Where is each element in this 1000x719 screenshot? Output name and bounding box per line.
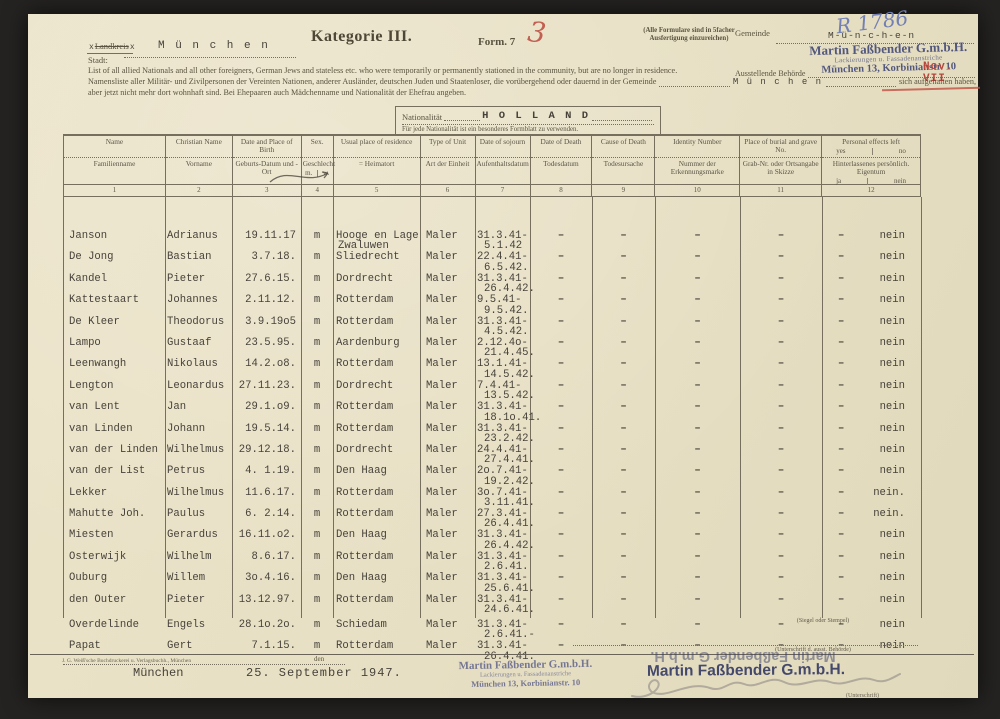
cell-name: van der List: [63, 466, 165, 476]
cell-identity-number: –: [655, 445, 740, 455]
footer-place: München: [133, 666, 183, 680]
col-label-en: Place of burial and grave No.: [740, 136, 821, 158]
cell-vorname: Pieter: [165, 274, 232, 284]
cell-unit: Maler: [420, 402, 475, 412]
cell-vorname: Nikolaus: [165, 359, 232, 369]
cell-birth: 27.6.15.: [232, 274, 301, 284]
fraction-rule: [87, 53, 133, 54]
col-label-en: Name: [64, 136, 165, 158]
residence-line1: Rotterdam: [336, 640, 393, 652]
cell-vorname: Wilhelm: [165, 552, 232, 562]
cell-place-of-burial: –: [740, 424, 822, 434]
cell-residence: Dordrecht: [333, 445, 420, 455]
residence-line1: Rotterdam: [336, 594, 393, 606]
cell-birth: 8.6.17.: [232, 552, 301, 562]
cell-identity-number: –: [655, 620, 740, 630]
cell-birth: 7.1.15.: [232, 641, 301, 651]
cell-birth: 4. 1.19.: [232, 466, 301, 476]
cell-date-of-death: –: [530, 295, 592, 305]
cell-sex: m: [301, 509, 333, 519]
residence-line1: Rotterdam: [336, 294, 393, 306]
cell-effects: –nein: [822, 274, 921, 284]
cell-unit: Maler: [420, 359, 475, 369]
intro-city-typed: M ü n c h e n: [733, 77, 823, 88]
cell-sex: m: [301, 231, 333, 241]
cell-name: van Linden: [63, 424, 165, 434]
cell-place-of-burial: –: [740, 488, 822, 498]
cell-birth: 16.11.o2.: [232, 530, 301, 540]
cell-vorname: Willem: [165, 573, 232, 583]
cell-residence: Dordrecht: [333, 381, 420, 391]
cell-effects: –nein: [822, 402, 921, 412]
cell-birth: 6. 2.14.: [232, 509, 301, 519]
cell-name: Janson: [63, 231, 165, 241]
cell-name: Overdelinde: [63, 620, 165, 630]
cell-name: Lekker: [63, 488, 165, 498]
cell-cause-of-death: –: [592, 274, 655, 284]
cell-sojourn: 3o.7.41-3.11.41.: [475, 488, 530, 509]
cell-identity-number: –: [655, 573, 740, 583]
cell-effects: –nein: [822, 466, 921, 476]
dotted-line: [826, 86, 896, 87]
table-header: NameFamilienname1Christian NameVorname2D…: [63, 134, 921, 197]
cell-place-of-burial: –: [740, 402, 822, 412]
effects-nein-value: nein: [880, 231, 905, 241]
effects-ja-dash: –: [838, 466, 844, 476]
cell-place-of-burial: –: [740, 338, 822, 348]
form-number: Form. 7: [478, 36, 515, 48]
cell-unit: Maler: [420, 424, 475, 434]
effects-ja-dash: –: [838, 295, 844, 305]
cell-effects: –nein: [822, 338, 921, 348]
cell-sex: m: [301, 381, 333, 391]
sojourn-to: 3.11.41.: [484, 498, 530, 508]
residence-line1: Rotterdam: [336, 316, 393, 328]
cell-unit: Maler: [420, 231, 475, 241]
cell-cause-of-death: –: [592, 488, 655, 498]
cell-place-of-burial: –: [740, 274, 822, 284]
sojourn-to: 2.6.41.-: [484, 630, 530, 640]
printer-imprint: J. G. Weiß'sche Buchdruckerei u. Verlags…: [62, 658, 191, 664]
table-row: De KleerTheodorus3.9.19o5mRotterdamMaler…: [63, 317, 921, 338]
cell-sojourn: 9.5.41-9.5.42.: [475, 295, 530, 316]
cell-birth: 29.1.o9.: [232, 402, 301, 412]
cell-vorname: Wilhelmus: [165, 445, 232, 455]
cell-date-of-death: –: [530, 641, 592, 651]
col-sub-divider: [872, 148, 873, 155]
cell-unit: Maler: [420, 445, 475, 455]
cell-sojourn: 24.4.41-27.4.41.: [475, 445, 530, 466]
effects-nein-value: nein: [880, 445, 905, 455]
sojourn-to: 26.4.41.: [484, 519, 530, 529]
cell-sojourn: 31.3.41-26.4.42.: [475, 274, 530, 295]
cell-unit: Maler: [420, 274, 475, 284]
cell-date-of-death: –: [530, 573, 592, 583]
table-row: De JongBastian3.7.18.mSliedrechtMaler22.…: [63, 252, 921, 273]
cell-sojourn: 31.3.41-26.4.42.: [475, 530, 530, 551]
cell-place-of-burial: –: [740, 509, 822, 519]
cell-unit: Maler: [420, 620, 475, 630]
cell-date-of-death: –: [530, 488, 592, 498]
cell-birth: 28.1o.2o.: [232, 620, 301, 630]
cell-name: Osterwijk: [63, 552, 165, 562]
residence-line1: Aardenburg: [336, 337, 400, 349]
cell-residence: Schiedam: [333, 620, 420, 630]
cell-effects: –nein: [822, 231, 921, 241]
effects-nein-value: nein: [880, 274, 905, 284]
table-row: MiestenGerardus16.11.o2.mDen HaagMaler31…: [63, 530, 921, 551]
cell-sojourn: 31.3.41-24.6.41.: [475, 595, 530, 616]
cell-date-of-death: –: [530, 466, 592, 476]
cell-sex: m: [301, 338, 333, 348]
cell-date-of-death: –: [530, 274, 592, 284]
cell-place-of-burial: –: [740, 317, 822, 327]
sojourn-to: 9.5.42.: [484, 306, 530, 316]
cell-unit: Maler: [420, 573, 475, 583]
cell-unit: Maler: [420, 317, 475, 327]
col-label-de: Familienname: [64, 158, 165, 185]
stadt-label: Stadt:: [88, 55, 108, 65]
col-label-en: Usual place of residence: [334, 136, 420, 158]
cell-name: Leenwangh: [63, 359, 165, 369]
intro-line-de2: aber jetzt nicht mehr dort wohnhaft sind…: [88, 88, 976, 99]
cell-birth: 13.12.97.: [232, 595, 301, 605]
residence-line2: Zwaluwen: [338, 241, 420, 251]
col-label-de: Art der Einheit: [421, 158, 475, 185]
cell-cause-of-death: –: [592, 620, 655, 630]
residence-line1: Den Haag: [336, 529, 387, 541]
cell-date-of-death: –: [530, 381, 592, 391]
col-label-en: Date of Death: [531, 136, 592, 158]
residence-line1: Rotterdam: [336, 423, 393, 435]
handwritten-arrow-icon: [266, 164, 346, 190]
cell-identity-number: –: [655, 252, 740, 262]
cell-sojourn: 2o.7.41-19.2.42.: [475, 466, 530, 487]
table-row: KattestaartJohannes2.11.12.mRotterdamMal…: [63, 295, 921, 316]
cell-sojourn: 13.1.41-14.5.42.: [475, 359, 530, 380]
cell-cause-of-death: –: [592, 359, 655, 369]
table-row: LekkerWilhelmus11.6.17.mRotterdamMaler3o…: [63, 488, 921, 509]
residence-line1: Dordrecht: [336, 444, 393, 456]
cell-residence: Rotterdam: [333, 359, 420, 369]
col-label-de: Todesdatum: [531, 158, 592, 185]
sojourn-to: 13.5.42.: [484, 391, 530, 401]
intro-line-de1: Namensliste aller Militär- und Zivilpers…: [88, 77, 976, 88]
cell-residence: Rotterdam: [333, 641, 420, 651]
effects-nein-value: nein: [880, 252, 905, 262]
cell-sex: m: [301, 274, 333, 284]
cell-sojourn: 31.3.41-4.5.42.: [475, 317, 530, 338]
table-row: van LindenJohann19.5.14.mRotterdamMaler3…: [63, 424, 921, 445]
cell-sex: m: [301, 295, 333, 305]
effects-nein-value: nein: [880, 595, 905, 605]
cell-vorname: Petrus: [165, 466, 232, 476]
sojourn-to: 18.1o.41.: [484, 413, 530, 423]
effects-ja-dash: –: [838, 317, 844, 327]
cell-birth: 2.11.12.: [232, 295, 301, 305]
col-label-de: Hinterlassenes persönlich. Eigentumjanei…: [822, 158, 920, 185]
effects-nein-value: nein: [880, 317, 905, 327]
cell-sex: m: [301, 573, 333, 583]
cell-sojourn: 31.3.41-18.1o.41.: [475, 402, 530, 423]
table-row: van der ListPetrus4. 1.19.mDen HaagMaler…: [63, 466, 921, 487]
effects-ja-dash: –: [838, 381, 844, 391]
cell-residence: Den Haag: [333, 530, 420, 540]
residence-line1: Den Haag: [336, 572, 387, 584]
residence-line1: Schiedam: [336, 619, 387, 631]
cell-sex: m: [301, 252, 333, 262]
col-sub-left: ja: [836, 177, 841, 185]
cell-sex: m: [301, 620, 333, 630]
cell-residence: Dordrecht: [333, 274, 420, 284]
cell-identity-number: –: [655, 552, 740, 562]
effects-nein-value: nein: [880, 424, 905, 434]
col-label-de: Vorname: [166, 158, 232, 185]
effects-ja-dash: –: [838, 274, 844, 284]
cell-unit: Maler: [420, 381, 475, 391]
col-header-11: Place of burial and grave No.Grab-Nr. od…: [740, 136, 822, 196]
col-number: 2: [166, 185, 232, 196]
cell-date-of-death: –: [530, 530, 592, 540]
cell-sex: m: [301, 424, 333, 434]
cell-effects: –nein.: [822, 509, 921, 519]
col-header-10: Identity NumberNummer der Erkennungsmark…: [655, 136, 740, 196]
sojourn-to: 4.5.42.: [484, 327, 530, 337]
cell-sojourn: 2.12.4o-21.4.45.: [475, 338, 530, 359]
cell-vorname: Wilhelmus: [165, 488, 232, 498]
col-header-8: Date of DeathTodesdatum8: [531, 136, 593, 196]
table-body: JansonAdrianus19.11.17mHooge en LageZwal…: [63, 231, 921, 616]
cell-identity-number: –: [655, 274, 740, 284]
cell-effects: –nein: [822, 317, 921, 327]
col-label-de: Aufenthaltsdatum: [476, 158, 530, 185]
residence-line1: Rotterdam: [336, 401, 393, 413]
cell-residence: Rotterdam: [333, 402, 420, 412]
col-header-12: Personal effects leftyesnoHinterlassenes…: [822, 136, 921, 196]
col-label-en: Personal effects leftyesno: [822, 136, 920, 158]
col-label-de: Todesursache: [592, 158, 654, 185]
residence-line1: Rotterdam: [336, 508, 393, 520]
cell-effects: –nein: [822, 359, 921, 369]
cell-sojourn: 22.4.41-6.5.42.: [475, 252, 530, 273]
cell-unit: Maler: [420, 641, 475, 651]
effects-ja-dash: –: [838, 338, 844, 348]
residence-line1: Rotterdam: [336, 358, 393, 370]
seal-caption: (Siegel oder Stempel): [763, 618, 883, 624]
intro-paragraph: List of all allied Nationals and all oth…: [88, 66, 976, 98]
cell-residence: Den Haag: [333, 573, 420, 583]
cell-cause-of-death: –: [592, 252, 655, 262]
cell-cause-of-death: –: [592, 338, 655, 348]
cell-vorname: Theodorus: [165, 317, 232, 327]
col-header-7: Date of sojournAufenthaltsdatum7: [476, 136, 531, 196]
effects-ja-dash: –: [838, 530, 844, 540]
cell-place-of-burial: –: [740, 252, 822, 262]
cell-residence: Rotterdam: [333, 552, 420, 562]
cell-name: Miesten: [63, 530, 165, 540]
cell-effects: –nein: [822, 445, 921, 455]
cell-date-of-death: –: [530, 359, 592, 369]
effects-ja-dash: –: [838, 552, 844, 562]
cell-effects: –nein: [822, 573, 921, 583]
cell-place-of-burial: –: [740, 530, 822, 540]
cell-birth: 19.11.17: [232, 231, 301, 241]
sojourn-to: 19.2.42.: [484, 477, 530, 487]
cell-place-of-burial: –: [740, 552, 822, 562]
col-label-en: Date and Place of Birth: [233, 136, 301, 158]
dotted-line: [592, 120, 652, 121]
residence-line1: Rotterdam: [336, 551, 393, 563]
cell-name: van Lent: [63, 402, 165, 412]
col-number: 8: [531, 185, 592, 196]
table-row: den OuterPieter13.12.97.mRotterdamMaler3…: [63, 595, 921, 616]
cell-sojourn: 31.3.41-2.6.41.-: [475, 620, 530, 641]
cell-place-of-burial: –: [740, 295, 822, 305]
cell-name: den Outer: [63, 595, 165, 605]
col-label-de: = Heimatort: [334, 158, 420, 185]
nationality-box: Nationalität H O L L A N D Für jede Nati…: [395, 106, 661, 136]
cell-cause-of-death: –: [592, 295, 655, 305]
residence-line1: Rotterdam: [336, 487, 393, 499]
cell-cause-of-death: –: [592, 466, 655, 476]
cell-unit: Maler: [420, 509, 475, 519]
nationality-value: H O L L A N D: [482, 110, 590, 122]
col-number: 9: [592, 185, 654, 196]
cell-sex: m: [301, 317, 333, 327]
cell-cause-of-death: –: [592, 424, 655, 434]
col-label-en: Cause of Death: [592, 136, 654, 158]
table-row: LeenwanghNikolaus14.2.o8.mRotterdamMaler…: [63, 359, 921, 380]
effects-nein-value: nein: [880, 359, 905, 369]
cell-name: De Kleer: [63, 317, 165, 327]
col-number: 11: [740, 185, 821, 196]
cell-identity-number: –: [655, 231, 740, 241]
table-row: van der LindenWilhelmus29.12.18.mDordrec…: [63, 445, 921, 466]
cell-place-of-burial: –: [740, 231, 822, 241]
sojourn-to: 5.1.42: [484, 241, 530, 251]
cell-identity-number: –: [655, 466, 740, 476]
cell-name: Kattestaart: [63, 295, 165, 305]
col-label-de: Grab-Nr. oder Ortsangabe in Skizze: [740, 158, 821, 185]
table-grid-line: [921, 197, 922, 618]
col-label-en: Type of Unit: [421, 136, 475, 158]
col-sub-right: nein: [894, 177, 906, 185]
cell-date-of-death: –: [530, 445, 592, 455]
table-row: Mahutte Joh.Paulus6. 2.14.mRotterdamMale…: [63, 509, 921, 530]
cell-identity-number: –: [655, 530, 740, 540]
effects-nein-value: nein.: [873, 509, 905, 519]
effects-ja-dash: –: [838, 359, 844, 369]
cell-identity-number: –: [655, 317, 740, 327]
col-header-9: Cause of DeathTodesursache9: [592, 136, 655, 196]
col-sub-divider: [867, 178, 868, 185]
cell-date-of-death: –: [530, 402, 592, 412]
effects-ja-dash: –: [838, 488, 844, 498]
cell-effects: –nein: [822, 595, 921, 605]
effects-ja-dash: –: [838, 595, 844, 605]
cell-vorname: Paulus: [165, 509, 232, 519]
table-row: OuburgWillem3o.4.16.mDen HaagMaler31.3.4…: [63, 573, 921, 594]
cell-cause-of-death: –: [592, 402, 655, 412]
intro-line-en: List of all allied Nationals and all oth…: [88, 66, 976, 77]
cell-place-of-burial: –: [740, 359, 822, 369]
signature-dotted-line: [573, 644, 918, 646]
cell-date-of-death: –: [530, 338, 592, 348]
cell-date-of-death: –: [530, 252, 592, 262]
cell-identity-number: –: [655, 509, 740, 519]
cell-vorname: Jan: [165, 402, 232, 412]
col-label-de: Nummer der Erkennungsmarke: [655, 158, 739, 185]
cell-unit: Maler: [420, 552, 475, 562]
cell-birth: 3o.4.16.: [232, 573, 301, 583]
cell-identity-number: –: [655, 424, 740, 434]
cell-residence: Den Haag: [333, 466, 420, 476]
table-row: van LentJan29.1.o9.mRotterdamMaler31.3.4…: [63, 402, 921, 423]
dotted-line: [659, 86, 729, 87]
cell-birth: 27.11.23.: [232, 381, 301, 391]
col-sub-left: yes: [836, 147, 845, 155]
cell-place-of-burial: –: [740, 381, 822, 391]
cell-residence: Hooge en LageZwaluwen: [333, 231, 420, 252]
cell-sex: m: [301, 552, 333, 562]
residence-line1: Den Haag: [336, 465, 387, 477]
col-number: 10: [655, 185, 739, 196]
effects-nein-value: nein: [880, 295, 905, 305]
col-number: 1: [64, 185, 165, 196]
cell-name: van der Linden: [63, 445, 165, 455]
table-row: LampoGustaaf23.5.95.mAardenburgMaler2.12…: [63, 338, 921, 359]
nationality-note: Für jede Nationalität ist ein besonderes…: [402, 124, 654, 133]
cell-vorname: Leonardus: [165, 381, 232, 391]
cell-identity-number: –: [655, 488, 740, 498]
cell-effects: –nein: [822, 252, 921, 262]
cell-name: Mahutte Joh.: [63, 509, 165, 519]
table-row: OsterwijkWilhelm8.6.17.mRotterdamMaler31…: [63, 552, 921, 573]
col-label-en: Date of sojourn: [476, 136, 530, 158]
table-row: JansonAdrianus19.11.17mHooge en LageZwal…: [63, 231, 921, 252]
col-label-en: Christian Name: [166, 136, 232, 158]
effects-nein-value: nein: [880, 338, 905, 348]
cell-identity-number: –: [655, 402, 740, 412]
col-label-en: Sex.: [302, 136, 333, 158]
cell-residence: Rotterdam: [333, 509, 420, 519]
residence-line1: Dordrecht: [336, 273, 393, 285]
effects-nein-value: nein: [880, 466, 905, 476]
sojourn-to: 25.6.41.: [484, 584, 530, 594]
cell-sojourn: 7.4.41-13.5.42.: [475, 381, 530, 402]
cell-vorname: Adrianus: [165, 231, 232, 241]
city-typed-value: M ü n c h e n: [158, 40, 270, 52]
cell-residence: Rotterdam: [333, 488, 420, 498]
nationality-label: Nationalität: [402, 112, 442, 122]
effects-nein-value: nein: [880, 573, 905, 583]
effects-nein-value: nein: [880, 552, 905, 562]
cell-cause-of-death: –: [592, 530, 655, 540]
cell-unit: Maler: [420, 530, 475, 540]
cell-date-of-death: –: [530, 620, 592, 630]
cell-sex: m: [301, 466, 333, 476]
col-header-6: Type of UnitArt der Einheit6: [421, 136, 476, 196]
col-header-1: NameFamilienname1: [64, 136, 166, 196]
cell-date-of-death: –: [530, 552, 592, 562]
cell-place-of-burial: –: [740, 573, 822, 583]
cell-residence: Rotterdam: [333, 424, 420, 434]
cell-identity-number: –: [655, 595, 740, 605]
cell-sex: m: [301, 488, 333, 498]
cell-vorname: Bastian: [165, 252, 232, 262]
cell-name: Kandel: [63, 274, 165, 284]
cell-unit: Maler: [420, 466, 475, 476]
